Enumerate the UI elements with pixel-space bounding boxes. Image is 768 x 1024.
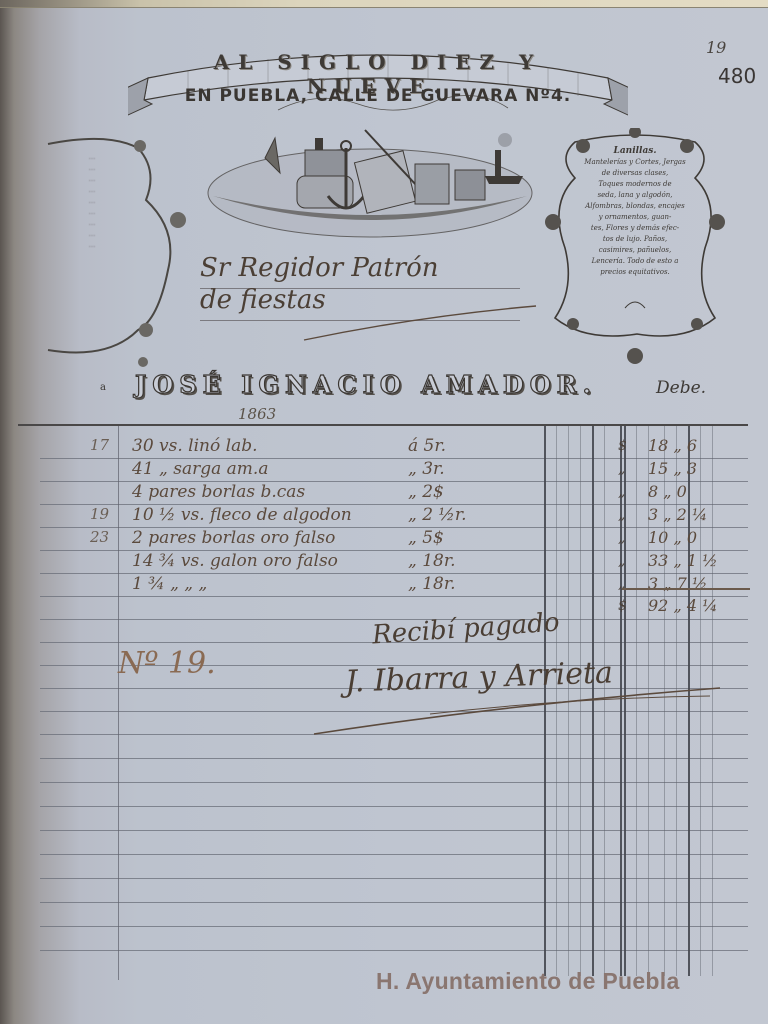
line-item: 14 ¾ vs. galon oro falso „ 18r.: [126, 551, 536, 573]
line-item: 41 „ sarga am.a „ 3r.: [126, 459, 536, 481]
document-number: Nº 19.: [118, 646, 216, 681]
pen-flourish-icon: [300, 296, 540, 344]
item-rate: „ 3r.: [408, 459, 445, 479]
total-amount: 92 „ 4 ¼: [648, 596, 718, 615]
item-amount: 3 „ 7 ½: [648, 574, 707, 593]
item-description: 10 ½ vs. fleco de algodon: [132, 505, 352, 525]
underlying-page-strip: [0, 0, 768, 8]
letterhead-banner: AL SIGLO DIEZ Y NUEVE. EN PUEBLA, CALLE …: [128, 38, 628, 108]
item-rate: „ 5$: [408, 528, 444, 548]
merchant-name: JOSÉ IGNACIO AMADOR.: [135, 370, 597, 399]
item-amount: 33 „ 1 ½: [648, 551, 718, 570]
harbor-vignette-icon: [205, 118, 535, 243]
item-description: 1 ¾ „ „ „: [132, 574, 207, 594]
item-day: 19: [90, 505, 109, 523]
document-page: AL SIGLO DIEZ Y NUEVE. EN PUEBLA, CALLE …: [0, 0, 768, 1024]
item-description: 30 vs. linó lab.: [132, 436, 258, 456]
total-currency: $: [618, 598, 627, 614]
item-description: 14 ¾ vs. galon oro falso: [132, 551, 338, 571]
item-currency: „: [618, 484, 625, 500]
item-rate: á 5r.: [408, 436, 446, 456]
line-item: 2 pares borlas oro falso „ 5$: [126, 528, 536, 550]
merchant-lead: a: [100, 382, 106, 393]
item-currency: „: [618, 530, 625, 546]
item-description: 41 „ sarga am.a: [132, 459, 268, 479]
item-amount: 15 „ 3: [648, 459, 697, 478]
left-ornamental-frame: ... ... ... ... ... ... ... ... ...: [28, 130, 188, 370]
reference-small-number: 19: [706, 38, 726, 57]
item-description: 4 pares borlas b.cas: [132, 482, 305, 502]
item-rate: „ 2 ½r.: [408, 505, 467, 525]
item-currency: „: [618, 553, 625, 569]
item-currency: „: [618, 507, 625, 523]
total-rule: [622, 588, 750, 590]
item-day: 23: [90, 528, 109, 546]
line-item: 1 ¾ „ „ „ „ 18r.: [126, 574, 536, 596]
item-day: 17: [90, 436, 109, 454]
archive-watermark: H. Ayuntamiento de Puebla: [376, 968, 680, 995]
item-currency: „: [618, 461, 625, 477]
right-ornamental-frame: Lanillas. Mantelerías y Cortes, Jergas d…: [545, 128, 725, 368]
right-frame-text: Lanillas. Mantelerías y Cortes, Jergas d…: [570, 146, 700, 278]
received-paid-note: Recibí pagado: [371, 607, 560, 650]
item-amount: 18 „ 6: [648, 436, 697, 455]
invoice-year: 1863: [238, 405, 276, 423]
item-rate: „ 18r.: [408, 551, 456, 571]
ledger-header-rule: [18, 424, 748, 426]
line-item: 4 pares borlas b.cas „ 2$: [126, 482, 536, 504]
frame-heading: Lanillas.: [570, 146, 700, 157]
item-rate: „ 2$: [408, 482, 444, 502]
left-frame-text: ... ... ... ... ... ... ... ... ...: [42, 152, 142, 251]
archive-number: 480: [718, 64, 756, 88]
item-amount: 10 „ 0: [648, 528, 697, 547]
item-description: 2 pares borlas oro falso: [132, 528, 335, 548]
item-rate: „ 18r.: [408, 574, 456, 594]
debe-label: Debe.: [656, 378, 706, 398]
item-amount: 3 „ 2 ¼: [648, 505, 707, 524]
item-currency: $: [618, 438, 627, 454]
item-amount: 8 „ 0: [648, 482, 687, 501]
addressee-line-1: Sr Regidor Patrón: [200, 252, 530, 284]
line-item: 30 vs. linó lab. á 5r.: [126, 436, 536, 458]
shop-address: EN PUEBLA, CALLE DE GUEVARA Nº4.: [168, 86, 588, 106]
signature-flourish-icon: [310, 670, 730, 740]
line-item: 10 ½ vs. fleco de algodon „ 2 ½r.: [126, 505, 536, 527]
